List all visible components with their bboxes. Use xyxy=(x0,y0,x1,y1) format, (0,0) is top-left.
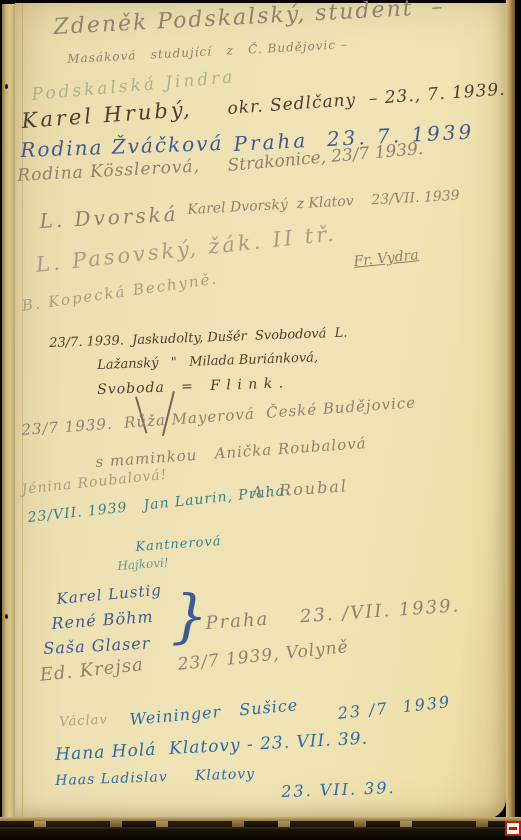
marker-bar xyxy=(509,827,517,830)
signature-entry: Rodina Kösslerová, xyxy=(17,158,200,185)
signature-entry: Ed. Krejsa xyxy=(39,656,145,685)
signature-entry: Svoboda = F l i n k . xyxy=(97,376,284,397)
book-bottom-edge xyxy=(0,817,521,840)
signature-entry: 23. VII. 39. xyxy=(281,780,396,800)
signature-entry: Weininger Sušice xyxy=(129,697,299,728)
signature-entry: L. Pasovský, žák. II tř. xyxy=(35,223,338,275)
scanned-guestbook-page: Zdeněk Podskalský, student – Masáková st… xyxy=(0,0,521,840)
signature-entry: Fr. Vydra xyxy=(353,248,419,269)
signature-entry: B. Kopecká Bechyně. xyxy=(21,271,219,313)
signature-entry: 23/7. 1939. Jaskudolty, Dušér Svobodová … xyxy=(49,327,348,350)
brace-glyph: } xyxy=(171,587,208,645)
signature-entry: okr. Sedlčany – 23., 7. 1939. xyxy=(227,82,506,118)
signature-entry: René Böhm xyxy=(51,609,154,632)
signature-entry: L. Dvorská xyxy=(39,204,179,231)
signature-entry: Jénina Roubalová! xyxy=(21,468,168,497)
signature-entry: Václav xyxy=(59,713,108,729)
signature-entry: Hajkovi! xyxy=(117,556,169,572)
signature-entry: Karel Lustig xyxy=(56,583,162,607)
signature-entry: Karel Dvorský z Klatov 23/VII. 1939 xyxy=(187,189,460,217)
signature-entry: Lažanský " Milada Buriánková, xyxy=(97,351,318,372)
signature-entry: 23 /7 1939 xyxy=(337,694,452,722)
signature-entry: Masáková studující z Č. Budějovic – xyxy=(67,38,348,65)
signature-entry: Saša Glaser xyxy=(43,635,151,657)
paper: Zdeněk Podskalský, student – Masáková st… xyxy=(15,3,506,819)
signature-entry: s maminkou Anička Roubalová xyxy=(95,436,367,470)
signature-entry: Kantnerová xyxy=(135,535,222,554)
book-gutter-edge xyxy=(2,4,15,818)
signature-entry: Podskalská Jindra xyxy=(31,69,236,104)
minimize-marker-icon[interactable] xyxy=(505,821,521,836)
signature-entry: Haas Ladislav Klatovy xyxy=(55,767,255,788)
signature-entry: Zdeněk Podskalský, student – xyxy=(53,0,445,39)
signature-entry: Praha 23. /VII. 1939. xyxy=(205,597,461,633)
signature-entry: Hana Holá Klatovy - 23. VII. 39. xyxy=(55,731,368,764)
signature-entry: Karel Hrubý, xyxy=(21,99,193,132)
signature-entry: 23/7 1939. Růža Mayerová České Budějovic… xyxy=(21,395,417,438)
page-right-edge xyxy=(506,0,515,830)
